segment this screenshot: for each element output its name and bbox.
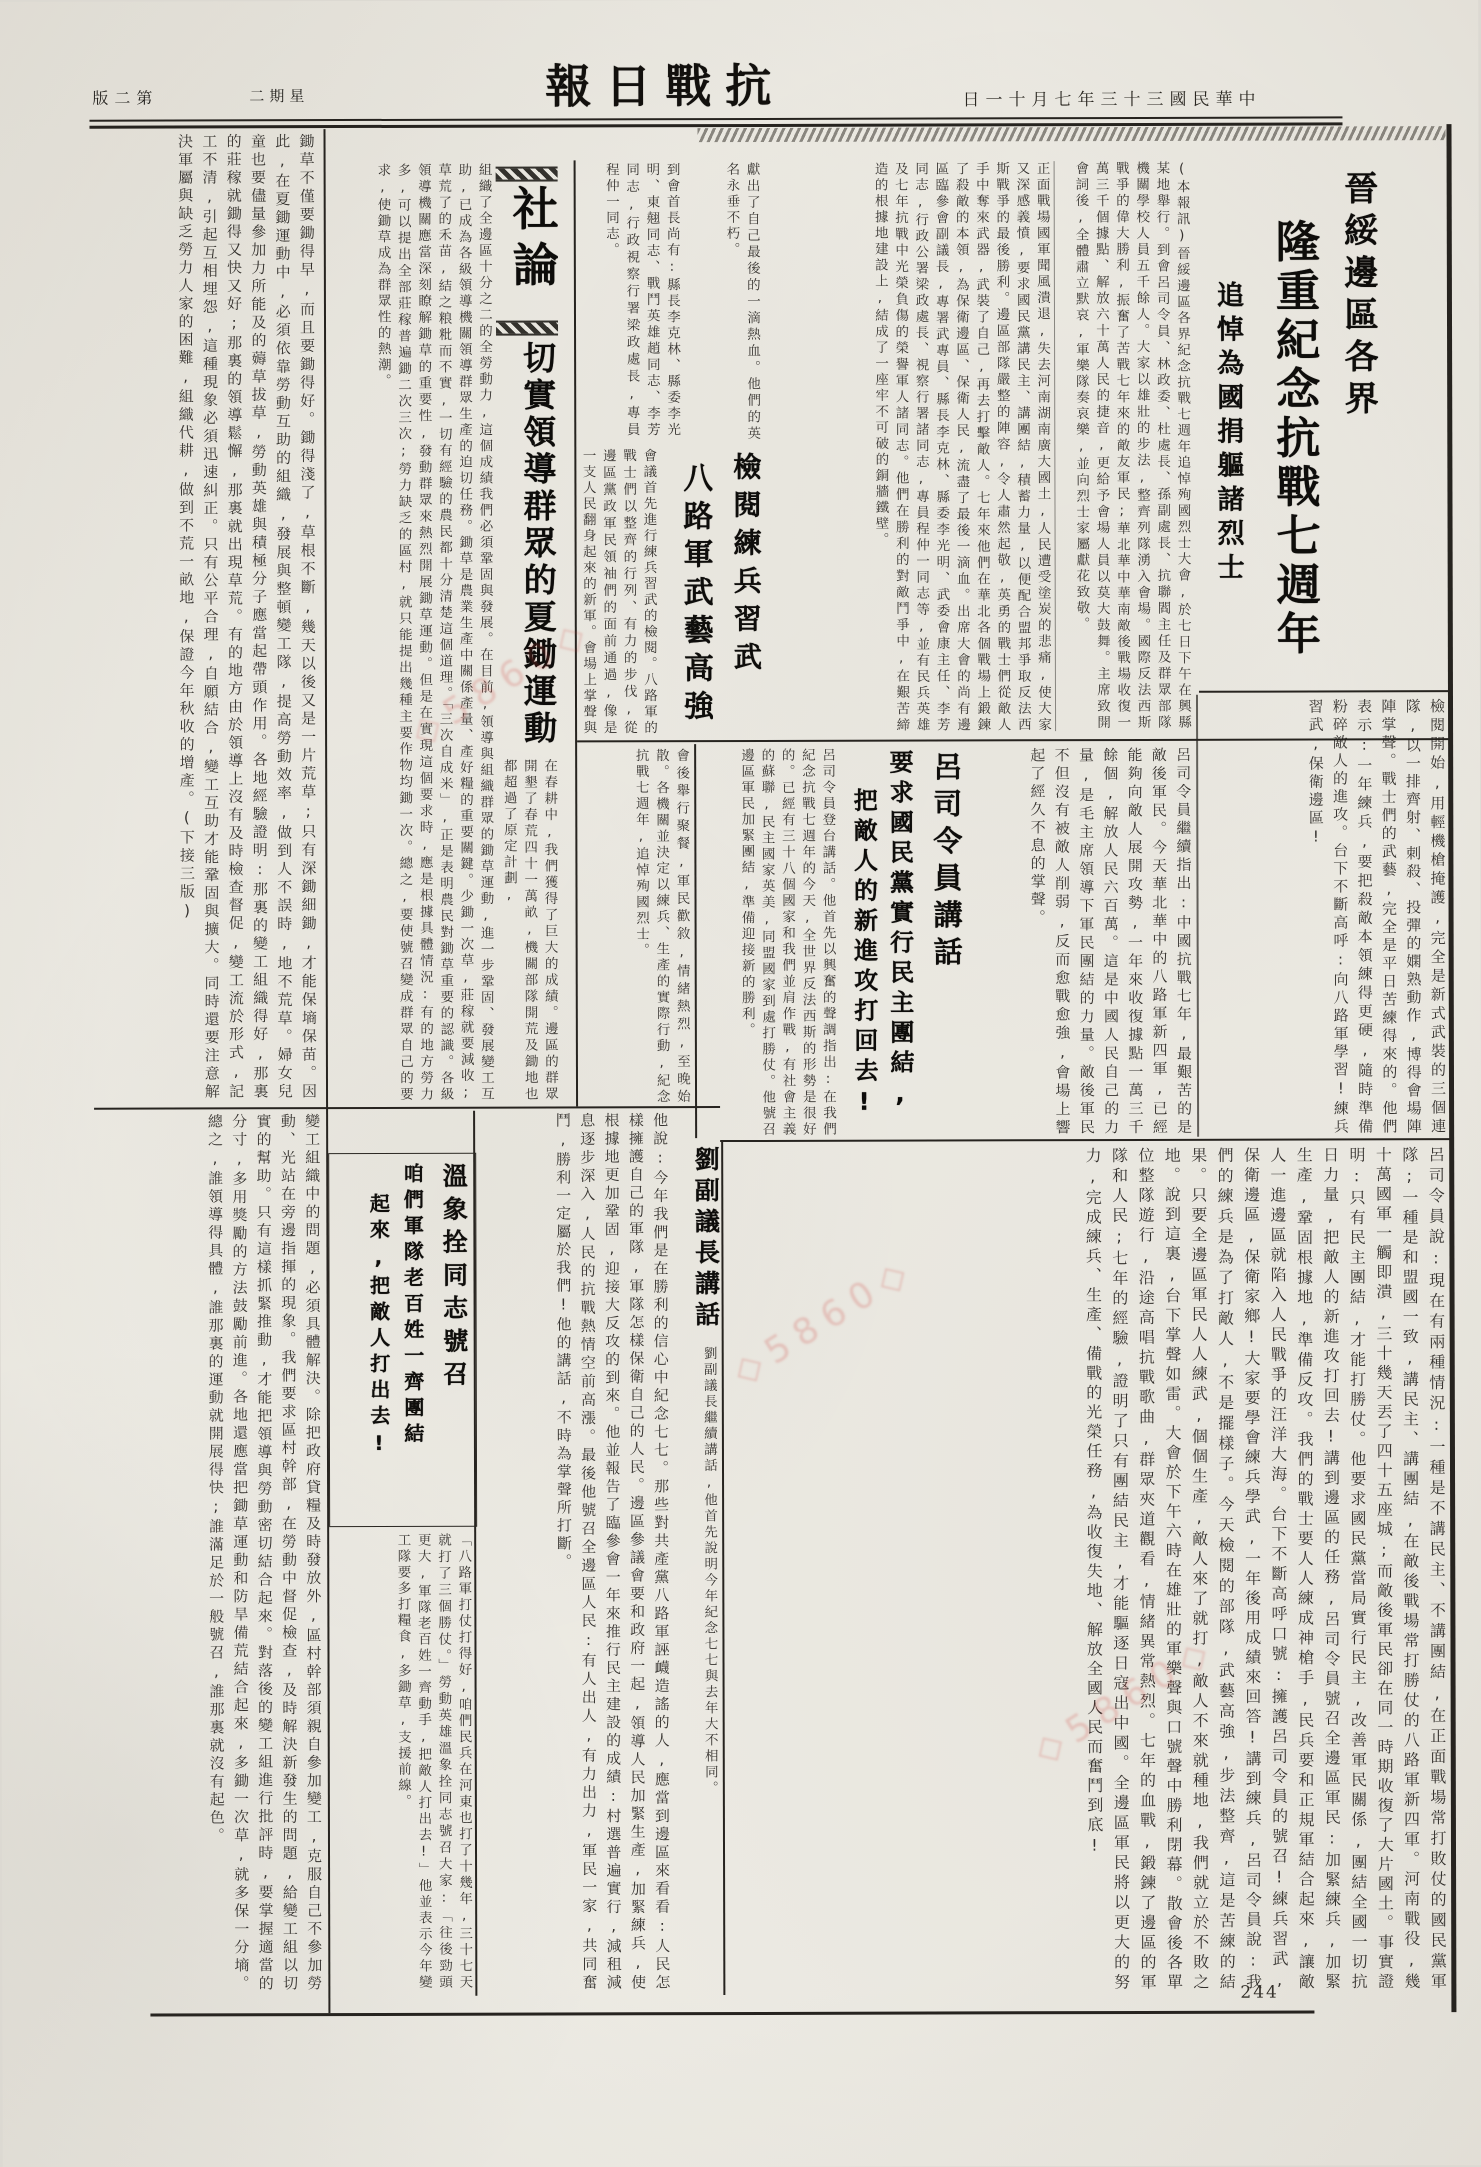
- lead-kicker: 晉綏邊區各界: [1330, 170, 1379, 460]
- mid-left-divider: [94, 1106, 720, 1110]
- editorial-intro-column: 在春耕中,我們獲得了巨大的成績。邊區的群眾開墾了春荒四十一萬畝,機關部隊開荒及鋤…: [499, 758, 560, 1102]
- editorial-body-left-strip: 鋤草不僅要鋤得早,而且要鋤得好。鋤得淺了,草根不斷,幾天以後又是一片荒草;只有深…: [93, 133, 322, 1102]
- editorial-logo-ornament-bottom: [496, 320, 558, 335]
- lead-headline: 隆重紀念抗戰七週年: [1250, 218, 1323, 688]
- bottom-right-divider: [720, 1138, 1450, 1142]
- lead-body-column-d: 檢閱開始,用輕機槍掩護,完全是新式武裝的三個連隊,以一排齊射、刺殺、投彈的嫻熟動…: [1201, 698, 1450, 1137]
- column-rule: [1054, 161, 1056, 731]
- newspaper-sheet: 版二第 二期星 報日戰抗 日一十月七年三十三國民華中 晉綏邊區各界 隆重紀念抗戰…: [0, 0, 1481, 2167]
- liu-speech-side-note: 劉副議長繼續講話,他首先說明今年紀念七七與去年大不相同。: [679, 1346, 721, 1991]
- lead-body-column-e: 獻出了自己最後的一滴熱血。他們的英名永垂不朽。: [686, 162, 763, 442]
- column-rule: [1196, 695, 1199, 1137]
- section-divider-right: [1199, 690, 1449, 693]
- lu-speech-subhead-2: 把敵人的新進攻打回去!: [841, 788, 878, 1140]
- editorial-logo-ornament-top: [496, 166, 558, 181]
- lead-body-column-c: 呂司令員繼續指出:中國抗戰七年,最艱苦的是敵後軍民。今天華北華中的八路軍新四軍,…: [965, 747, 1196, 1138]
- lu-speech-subhead-1: 要求國民黨實行民主團結,: [877, 750, 914, 1122]
- lead-subhead: 追悼為國捐軀諸烈士: [1202, 281, 1245, 641]
- liu-speech-body: 他說:今年我們是在勝利的信心中紀念七七。那些對共產黨八路軍誣衊造謠的人,應當到邊…: [478, 1112, 674, 1993]
- decorative-hatch-band: [697, 126, 1445, 142]
- date-line: 日一十月七年三十三國民華中: [962, 85, 1261, 111]
- editorial-body-bottom-strip: 變工組織中的問題,必須具體解決。除把政府貸糧及時發放外,區村幹部須親自參加變工,…: [150, 1113, 326, 1993]
- lead-attendees-column: 到會首長尚有:縣長李克林、縣委李光明、東翹同志、戰鬥英雄趙同志、李芳同志,行政視…: [578, 162, 683, 438]
- weekday-label: 二期星: [249, 85, 309, 106]
- review-body: 會議首先進行練兵習武的檢閱。八路軍的戰士們以整齊的行列、有力的步伐,從邊區黨政軍…: [578, 448, 659, 736]
- liu-speech-title: 劉副議長講話: [674, 1146, 720, 1336]
- review-headline-main: 八路軍武藝高強: [662, 462, 713, 762]
- lead-body-column-b: 正面戰場國軍聞風潰退,失去河南湖南廣大國土,人民遭受塗炭的悲痛,使大家又深感義憤…: [770, 161, 1053, 734]
- wen-callout-body: 「八路軍打仗打得好,咱們民兵在河東也打了十幾年,三十七天就打了三個勝仗。」勞動英…: [331, 1533, 474, 1991]
- page-label: 版二第: [92, 86, 158, 109]
- newspaper-page: { "header": { "page_label": "版二第", "week…: [0, 0, 1481, 2167]
- lead-body-column-f: 會後舉行聚餐,軍民歡敘,情緒熱烈,至晚始散。各機關並決定以練兵、生產的實際行動,…: [579, 748, 692, 1105]
- lead-body-column-a: (本報訊)晉綏邊區各界紀念抗戰七週年追悼殉國烈士大會,於七日下午在興縣某地舉行。…: [1058, 161, 1193, 731]
- bottom-middle-rule: [721, 1142, 725, 1995]
- lu-section-rule: [694, 744, 697, 1138]
- bottom-rule: [150, 2011, 1314, 2017]
- editorial-logo: 社論: [498, 184, 558, 316]
- lu-speech-body: 呂司令員說:現在有兩種情況:一種是不講民主、不講團結,在正面戰場常打敗仗的國民黨…: [726, 1146, 1450, 1994]
- masthead-title: 報日戰抗: [545, 50, 785, 117]
- wen-callout-subhead-2: 起來,把敵人打出去!: [358, 1193, 391, 1513]
- lu-speech-lede: 呂司令員登台講話。他首先以興奮的聲調指出:在我們紀念抗戰七週年的今天,全世界反法…: [699, 748, 838, 1138]
- editorial-title: 切實領導群眾的夏鋤運動: [502, 340, 559, 752]
- review-headline-top: 檢閱練兵習武: [714, 452, 763, 714]
- editorial-body-main: 組織了全邊區十分之二的全勞動力,這個成績我們必須鞏固與發展。在目前,領導與組織群…: [328, 163, 496, 1103]
- wen-callout-title: 溫象拴同志號召: [428, 1163, 469, 1463]
- page-number: 244: [1240, 1983, 1279, 2003]
- lu-speech-title: 呂司令員講話: [915, 751, 964, 981]
- wen-callout-subhead-1: 咱們軍隊老百姓一齊團結: [392, 1163, 425, 1508]
